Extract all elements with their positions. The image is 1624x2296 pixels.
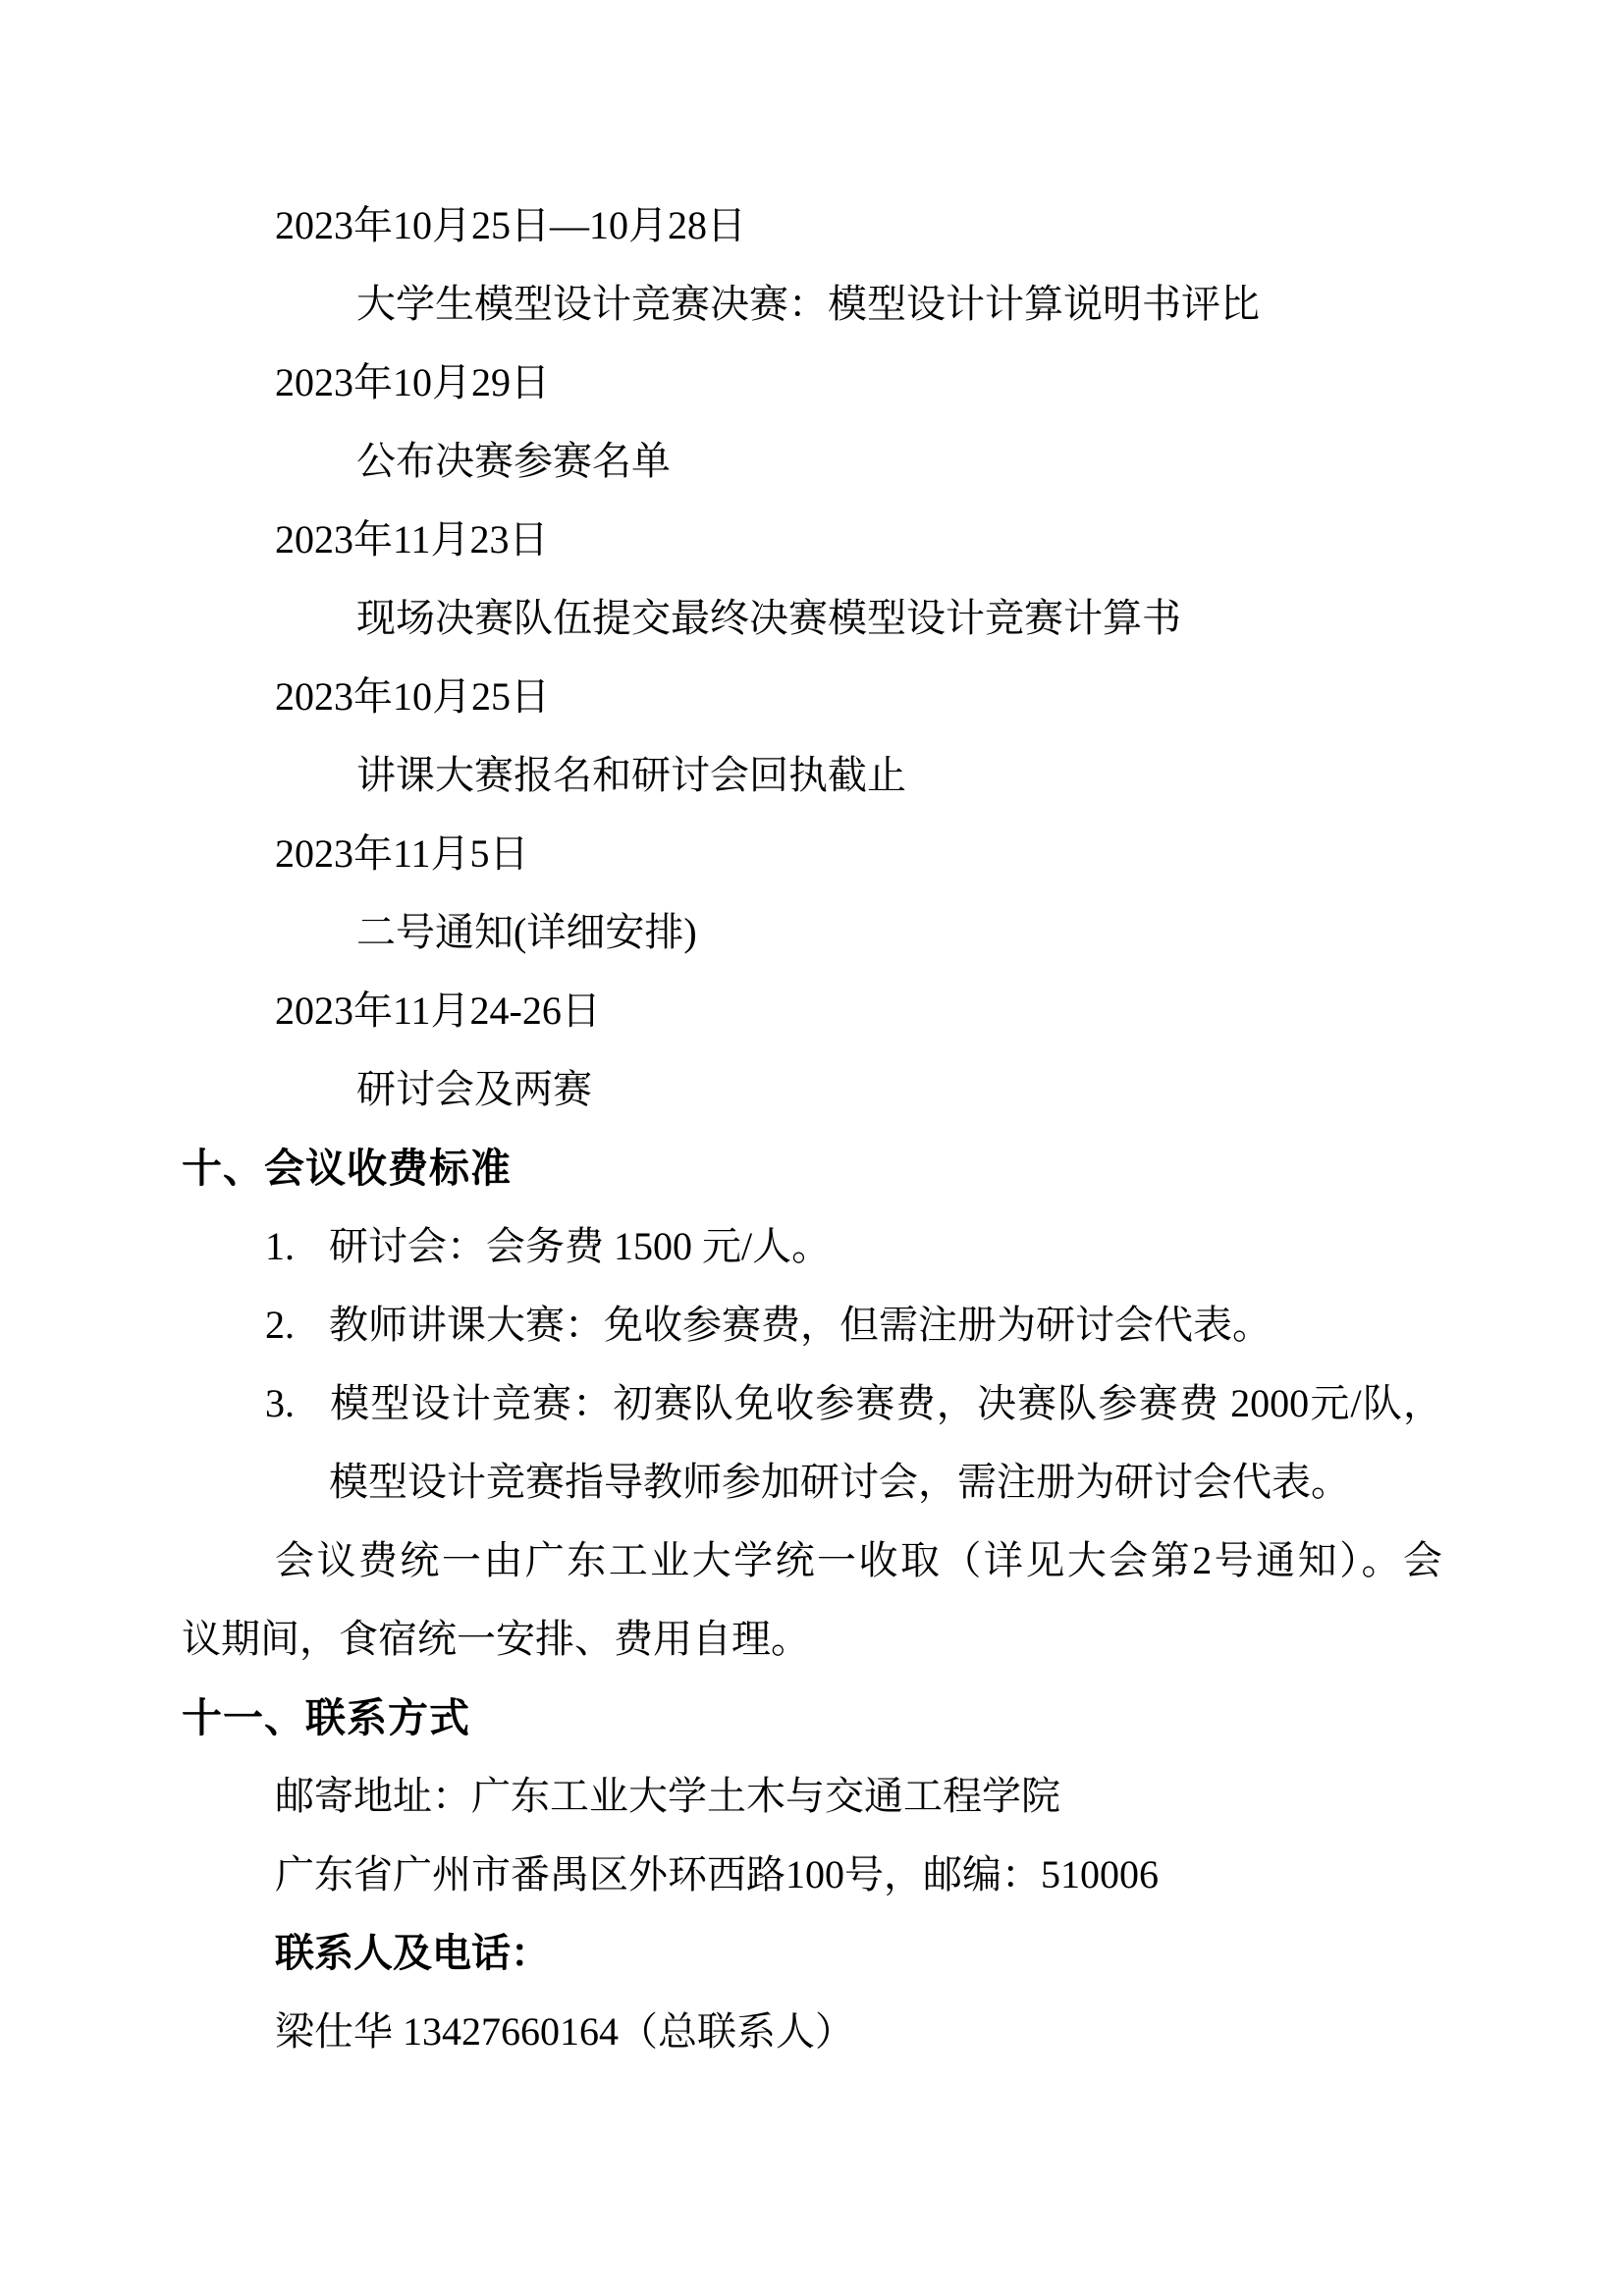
fee-list-item: 1.研讨会：会务费 1500 元/人。 bbox=[265, 1207, 1624, 1286]
schedule-event-line: 二号通知(详细安排) bbox=[356, 893, 1624, 972]
fee-list-item-continuation: 模型设计竞赛指导教师参加研讨会，需注册为研讨会代表。 bbox=[329, 1443, 1624, 1522]
paragraph-line: 会议费统一由广东工业大学统一收取（详见大会第2号通知）。会 bbox=[275, 1522, 1442, 1600]
schedule-date-line: 2023年10月29日 bbox=[275, 344, 1624, 422]
fee-list-item: 2.教师讲课大赛：免收参赛费，但需注册为研讨会代表。 bbox=[265, 1286, 1624, 1364]
schedule-date-line: 2023年10月25日—10月28日 bbox=[275, 187, 1624, 265]
schedule-date-line: 2023年11月23日 bbox=[275, 501, 1624, 579]
schedule-event-line: 大学生模型设计竞赛决赛：模型设计计算说明书评比 bbox=[356, 265, 1624, 344]
schedule-date-line: 2023年11月5日 bbox=[275, 815, 1624, 893]
list-item-text: 研讨会：会务费 1500 元/人。 bbox=[329, 1224, 831, 1268]
list-marker: 1. bbox=[265, 1207, 329, 1286]
schedule-date-line: 2023年10月25日 bbox=[275, 658, 1624, 736]
list-marker: 2. bbox=[265, 1286, 329, 1364]
list-item-text: 模型设计竞赛：初赛队免收参赛费，决赛队参赛费 2000元/队， bbox=[329, 1381, 1442, 1425]
section-heading-fees: 十、会议收费标准 bbox=[182, 1129, 1624, 1207]
fee-list-item: 3.模型设计竞赛：初赛队免收参赛费，决赛队参赛费 2000元/队， bbox=[265, 1364, 1442, 1443]
schedule-date-line: 2023年11月24-26日 bbox=[275, 972, 1624, 1050]
contacts-subheading: 联系人及电话： bbox=[275, 1914, 1624, 1993]
document-page: 2023年10月25日—10月28日 大学生模型设计竞赛决赛：模型设计计算说明书… bbox=[0, 0, 1624, 2296]
schedule-event-line: 研讨会及两赛 bbox=[356, 1050, 1624, 1129]
list-marker: 3. bbox=[265, 1364, 329, 1443]
section-heading-contact: 十一、联系方式 bbox=[182, 1679, 1624, 1757]
schedule-event-line: 讲课大赛报名和研讨会回执截止 bbox=[356, 736, 1624, 815]
contact-address-line: 邮寄地址：广东工业大学土木与交通工程学院 bbox=[275, 1757, 1624, 1836]
contact-person-line: 梁仕华 13427660164（总联系人） bbox=[275, 1993, 1624, 2071]
schedule-event-line: 公布决赛参赛名单 bbox=[356, 422, 1624, 501]
list-item-text: 教师讲课大赛：免收参赛费，但需注册为研讨会代表。 bbox=[329, 1303, 1272, 1347]
schedule-event-line: 现场决赛队伍提交最终决赛模型设计竞赛计算书 bbox=[356, 579, 1624, 658]
paragraph-line: 议期间，食宿统一安排、费用自理。 bbox=[182, 1600, 1624, 1679]
contact-address-line: 广东省广州市番禺区外环西路100号，邮编：510006 bbox=[275, 1836, 1624, 1914]
